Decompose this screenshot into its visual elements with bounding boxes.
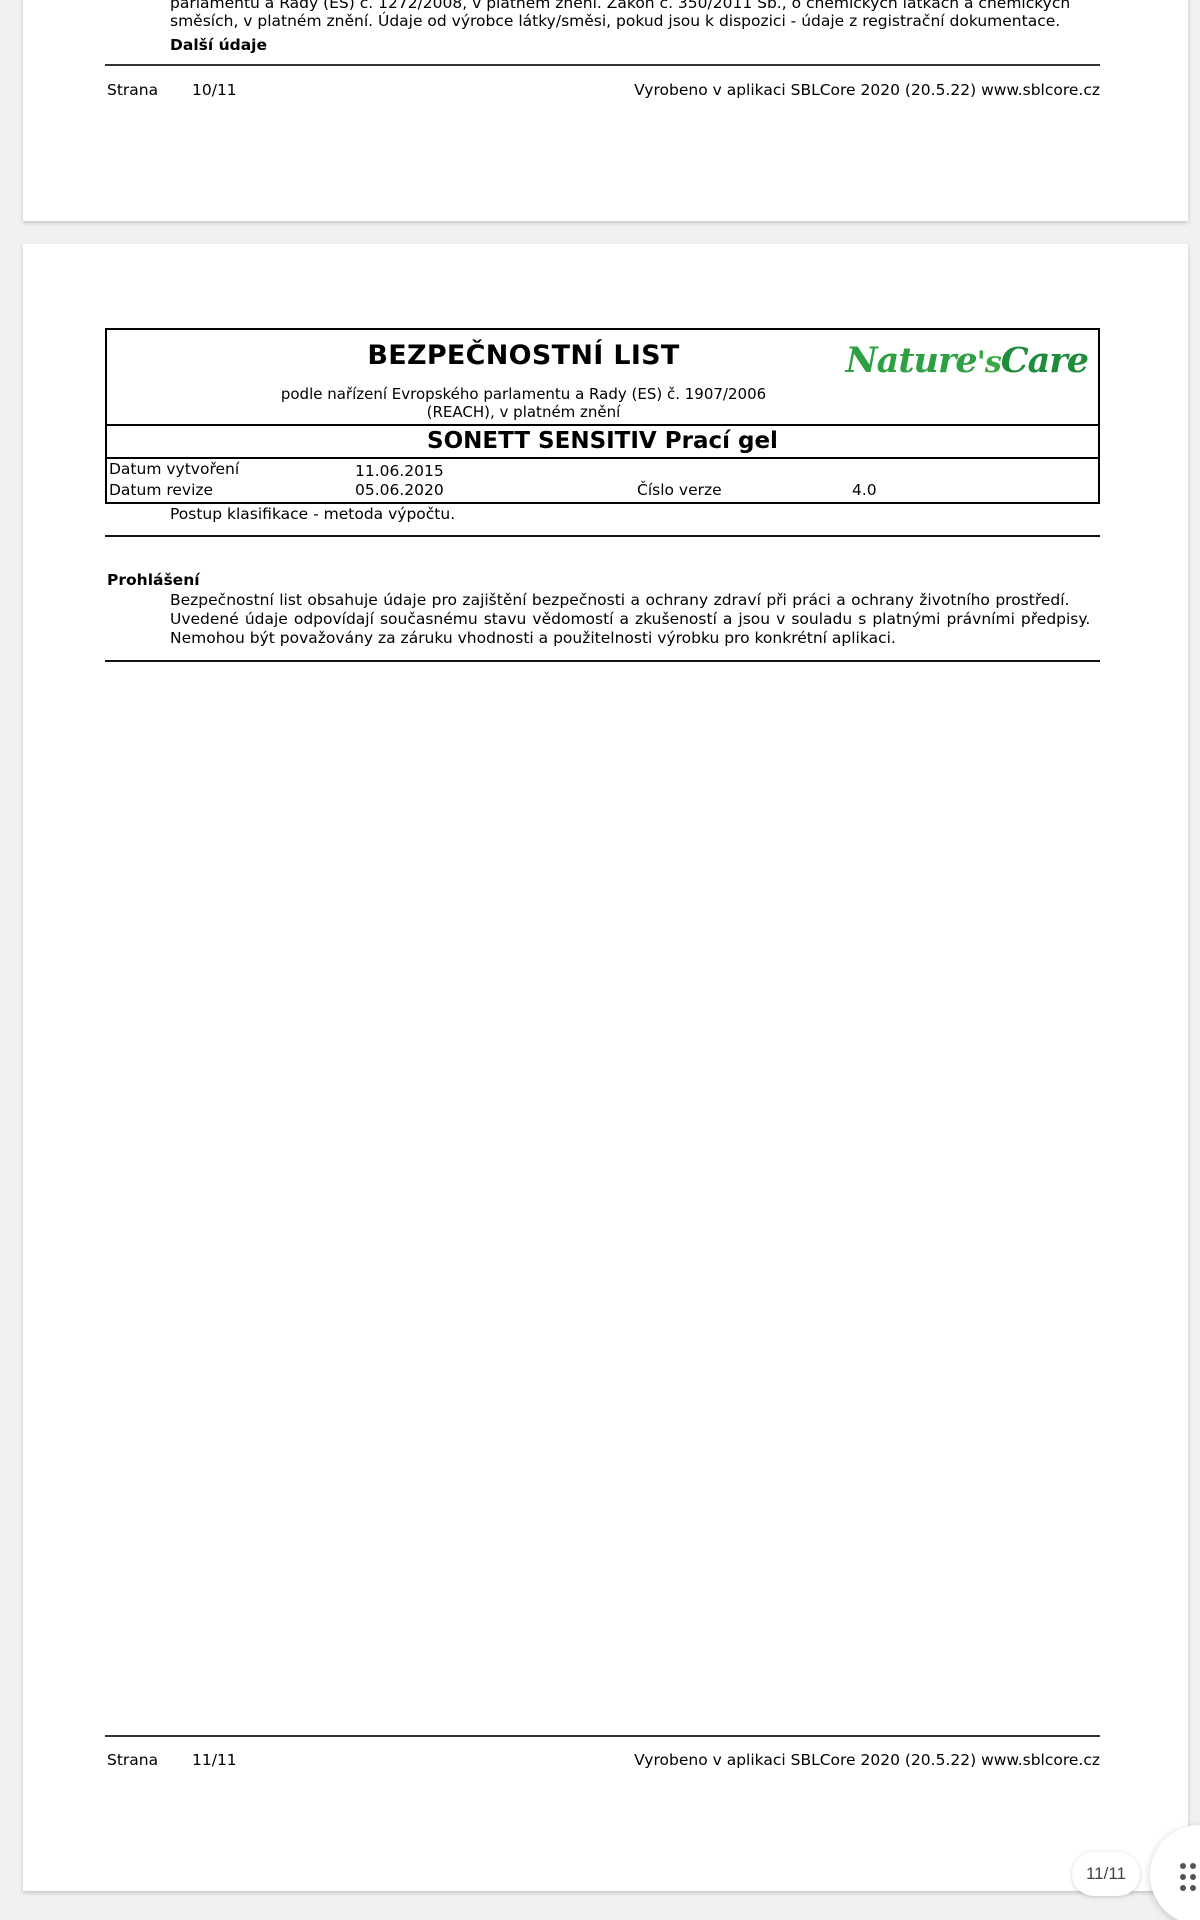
section-divider xyxy=(105,535,1100,537)
declaration-line: Uvedené údaje odpovídají současnému stav… xyxy=(170,610,1090,629)
footer-divider xyxy=(105,1735,1100,1737)
document-subtitle: podle nařízení Evropského parlamentu a R… xyxy=(107,385,940,421)
document-page-11: BEZPEČNOSTNÍ LIST podle nařízení Evropsk… xyxy=(23,244,1188,1891)
document-title: BEZPEČNOSTNÍ LIST xyxy=(107,340,940,371)
footer-generator: Vyrobeno v aplikaci SBLCore 2020 (20.5.2… xyxy=(634,1751,1100,1769)
revision-label: Datum revize xyxy=(109,481,213,499)
declaration-heading: Prohlášení xyxy=(107,571,200,590)
product-name: SONETT SENSITIV Prací gel xyxy=(107,428,1098,454)
document-header-table: BEZPEČNOSTNÍ LIST podle nařízení Evropsk… xyxy=(105,328,1100,504)
footer-page-number: 11/11 xyxy=(192,1751,237,1769)
section-divider xyxy=(105,660,1100,662)
header-title-cell: BEZPEČNOSTNÍ LIST podle nařízení Evropsk… xyxy=(107,330,1098,426)
grip-dots-icon xyxy=(1180,1863,1196,1891)
natures-care-logo: Nature'sCare xyxy=(846,340,1088,381)
classification-note: Postup klasifikace - metoda výpočtu. xyxy=(170,505,455,524)
version-label: Číslo verze xyxy=(637,481,722,499)
section-heading: Další údaje xyxy=(170,36,267,55)
product-name-cell: SONETT SENSITIV Prací gel xyxy=(107,426,1098,459)
footer-divider xyxy=(105,64,1100,66)
declaration-line: Nemohou být považovány za záruku vhodnos… xyxy=(170,629,896,648)
created-label: Datum vytvoření xyxy=(109,460,239,478)
document-page-10: parlamentu a Rady (ES) č. 1272/2008, v p… xyxy=(23,0,1188,221)
version-value: 4.0 xyxy=(852,481,877,499)
footer-page-label: Strana xyxy=(107,1751,158,1769)
revision-value: 05.06.2020 xyxy=(355,481,444,499)
body-text-line: směsích, v platném znění. Údaje od výrob… xyxy=(170,12,1060,31)
created-value: 11.06.2015 xyxy=(355,462,444,480)
declaration-line: Bezpečnostní list obsahuje údaje pro zaj… xyxy=(170,591,1069,610)
footer-generator: Vyrobeno v aplikaci SBLCore 2020 (20.5.2… xyxy=(634,81,1100,99)
footer-page-label: Strana xyxy=(107,81,158,99)
page-indicator: 11/11 xyxy=(1072,1852,1140,1896)
footer-page-number: 10/11 xyxy=(192,81,237,99)
